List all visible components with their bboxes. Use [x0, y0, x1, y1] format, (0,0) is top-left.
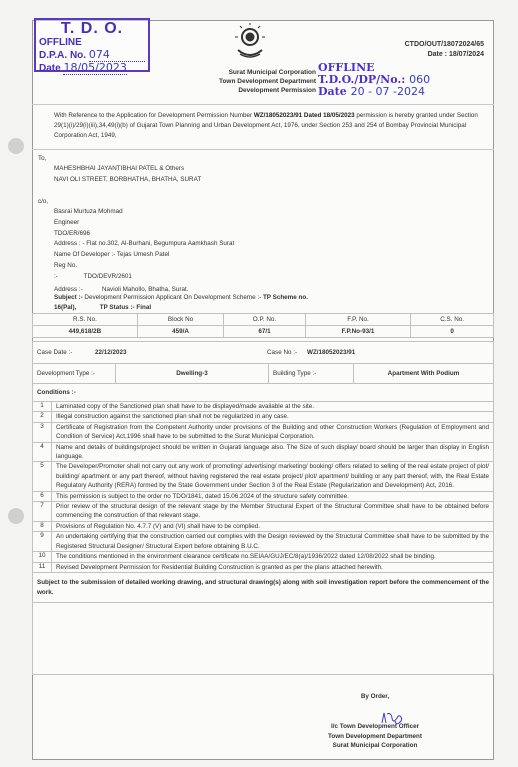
divider [32, 104, 494, 105]
case-no-label: Case No :- [267, 349, 307, 356]
case-date: 22/12/2023 [95, 349, 127, 356]
condition-text: Illegal construction against the sanctio… [52, 412, 494, 422]
condition-row: 10The conditions mentioned in the enviro… [33, 552, 494, 562]
plot-table-header: F.P. No. [305, 314, 410, 326]
dp-stamp-date: 20 - 07 -2024 [351, 85, 425, 98]
punch-hole [8, 508, 24, 524]
plot-table: R.S. No.Block NoO.P. No.F.P. No.C.S. No.… [32, 313, 494, 338]
plot-table-header: C.S. No. [411, 314, 494, 326]
condition-row: 7Prior review of the structural design o… [33, 502, 494, 522]
plot-table-header: R.S. No. [33, 314, 138, 326]
condition-row: 1Laminated copy of the Sanctioned plan s… [33, 402, 494, 412]
punch-hole [8, 138, 24, 154]
plot-table-cell: F.P.No-93/1 [305, 326, 410, 338]
subject-line: Subject :- Development Permission Applic… [54, 293, 474, 312]
plot-table-cell: 459/A [137, 326, 223, 338]
case-table: Case Date :-22/12/2023 Case No :-WZ/1805… [32, 341, 494, 364]
condition-number: 1 [33, 402, 52, 412]
dp-number-stamp: OFFLINE T.D.O./DP/No.: 060 Date 20 - 07 … [318, 62, 430, 98]
intro-paragraph: With Reference to the Application for De… [54, 111, 479, 141]
stamp-dpa-label: D.P.A. No. [39, 50, 86, 61]
condition-text: Certificate of Registration from the Com… [52, 422, 494, 442]
developer-reg: TDO/DEVR/2601 [84, 273, 132, 280]
case-date-label: Case Date :- [37, 349, 95, 356]
signatory-designation: I/c Town Development Officer [260, 722, 490, 732]
dp-stamp-date-label: Date [318, 85, 347, 98]
application-date: 18/05/2023 [323, 112, 355, 119]
condition-row: 8Provisions of Regulation No. 4.7.7 (V) … [33, 521, 494, 531]
condition-number: 11 [33, 562, 52, 572]
engineer-reg: TDO/ER/696 [54, 229, 234, 240]
department-name: Town Development Department [32, 77, 316, 86]
plot-table-cell: 67/1 [224, 326, 306, 338]
condition-row: 5The Developer/Promoter shall not carry … [33, 462, 494, 491]
developer-reg-label: Reg No. :- [54, 261, 82, 283]
condition-text: The conditions mentioned in the environm… [52, 552, 494, 562]
condition-text: Laminated copy of the Sanctioned plan sh… [52, 402, 494, 412]
condition-row: 3Certificate of Registration from the Co… [33, 422, 494, 442]
condition-row: 4Name and details of buildings/project s… [33, 442, 494, 462]
condition-number: 8 [33, 521, 52, 531]
plot-table-cell: 0 [411, 326, 494, 338]
recipient-name: MAHESHBHAI JAYANTIBHAI PATEL & Others [54, 164, 184, 174]
reference-block: CTDO/OUT/18072024/65 Date : 18/07/2024 [405, 40, 484, 60]
footer-note: Subject to the submission of detailed wo… [33, 572, 494, 602]
tp-status-label: TP Status :- [100, 304, 135, 311]
building-type-label: Building Type :- [269, 364, 354, 384]
condition-number: 3 [33, 422, 52, 442]
signatory-org: Surat Municipal Corporation [260, 741, 490, 751]
tdo-stamp: T. D. O. OFFLINE D.P.A. No. 074 Date 18/… [34, 18, 150, 72]
development-type-label: Development Type :- [33, 364, 116, 384]
condition-text: This permission is subject to the order … [52, 491, 494, 501]
engineer-role: Engineer [54, 218, 234, 229]
conditions-label: Conditions :- [33, 384, 494, 402]
condition-text: Revised Development Permission for Resid… [52, 562, 494, 572]
outward-number: CTDO/OUT/18072024/65 [405, 40, 484, 50]
plot-table-header: O.P. No. [224, 314, 306, 326]
condition-number: 5 [33, 462, 52, 491]
condition-row: 11Revised Development Permission for Res… [33, 562, 494, 572]
header-block: Surat Municipal Corporation Town Develop… [32, 68, 316, 95]
condition-number: 7 [33, 502, 52, 522]
tp-scheme-value: 16(Pal), [54, 303, 98, 313]
engineer-name: Basrai Murtuza Mohmad [54, 207, 234, 218]
developer-address: Navioli Mahollo, Bhatha, Surat. [102, 286, 188, 293]
condition-number: 9 [33, 532, 52, 552]
engineer-address: Address : - Flat no.302, Al-Burhani, Beg… [54, 239, 234, 250]
condition-text: The Developer/Promoter shall not carry o… [52, 462, 494, 491]
condition-row: 9An undertaking certifying that the cons… [33, 532, 494, 552]
reference-date: Date : 18/07/2024 [405, 50, 484, 60]
condition-text: Provisions of Regulation No. 4.7.7 (V) a… [52, 521, 494, 531]
plot-table-cell: 449,618/2B [33, 326, 138, 338]
condition-number: 4 [33, 442, 52, 462]
condition-number: 6 [33, 491, 52, 501]
tp-status-value: Final [136, 304, 151, 311]
condition-text: Name and details of buildings/project sh… [52, 442, 494, 462]
stamp-title: T. D. O. [39, 21, 145, 37]
application-number: WZ/18052023/91 [254, 112, 302, 119]
divider [32, 149, 494, 150]
case-no: WZ/18052023/91 [307, 349, 355, 356]
building-type: Apartment With Podium [354, 364, 494, 384]
by-order: By Order, [260, 692, 490, 702]
signatory-department: Town Development Department [260, 732, 490, 742]
developer-name: Name Of Developer :- Tejas Umesh Patel [54, 250, 234, 261]
document-type: Development Permission [32, 86, 316, 95]
type-table: Development Type :- Dwelling-3 Building … [32, 363, 494, 384]
condition-row: 6This permission is subject to the order… [33, 491, 494, 501]
condition-row: 2Illegal construction against the sancti… [33, 412, 494, 422]
tp-scheme-label: TP Scheme no. [263, 294, 308, 301]
org-name: Surat Municipal Corporation [32, 68, 316, 77]
plot-table-header: Block No [137, 314, 223, 326]
co-label: c/o, [38, 197, 48, 207]
recipient-address: NAVI OLI STREET, BORBHATHA, BHATHA, SURA… [54, 175, 201, 185]
development-type: Dwelling-3 [116, 364, 269, 384]
conditions-table: Conditions :- 1Laminated copy of the San… [32, 383, 494, 675]
signatory-block: I/c Town Development Officer Town Develo… [260, 722, 490, 751]
condition-number: 2 [33, 412, 52, 422]
engineer-block: Basrai Murtuza Mohmad Engineer TDO/ER/69… [54, 207, 234, 295]
smc-emblem-icon [232, 22, 268, 62]
to-label: To, [38, 154, 46, 164]
condition-text: An undertaking certifying that the const… [52, 532, 494, 552]
condition-text: Prior review of the structural design of… [52, 502, 494, 522]
condition-number: 10 [33, 552, 52, 562]
